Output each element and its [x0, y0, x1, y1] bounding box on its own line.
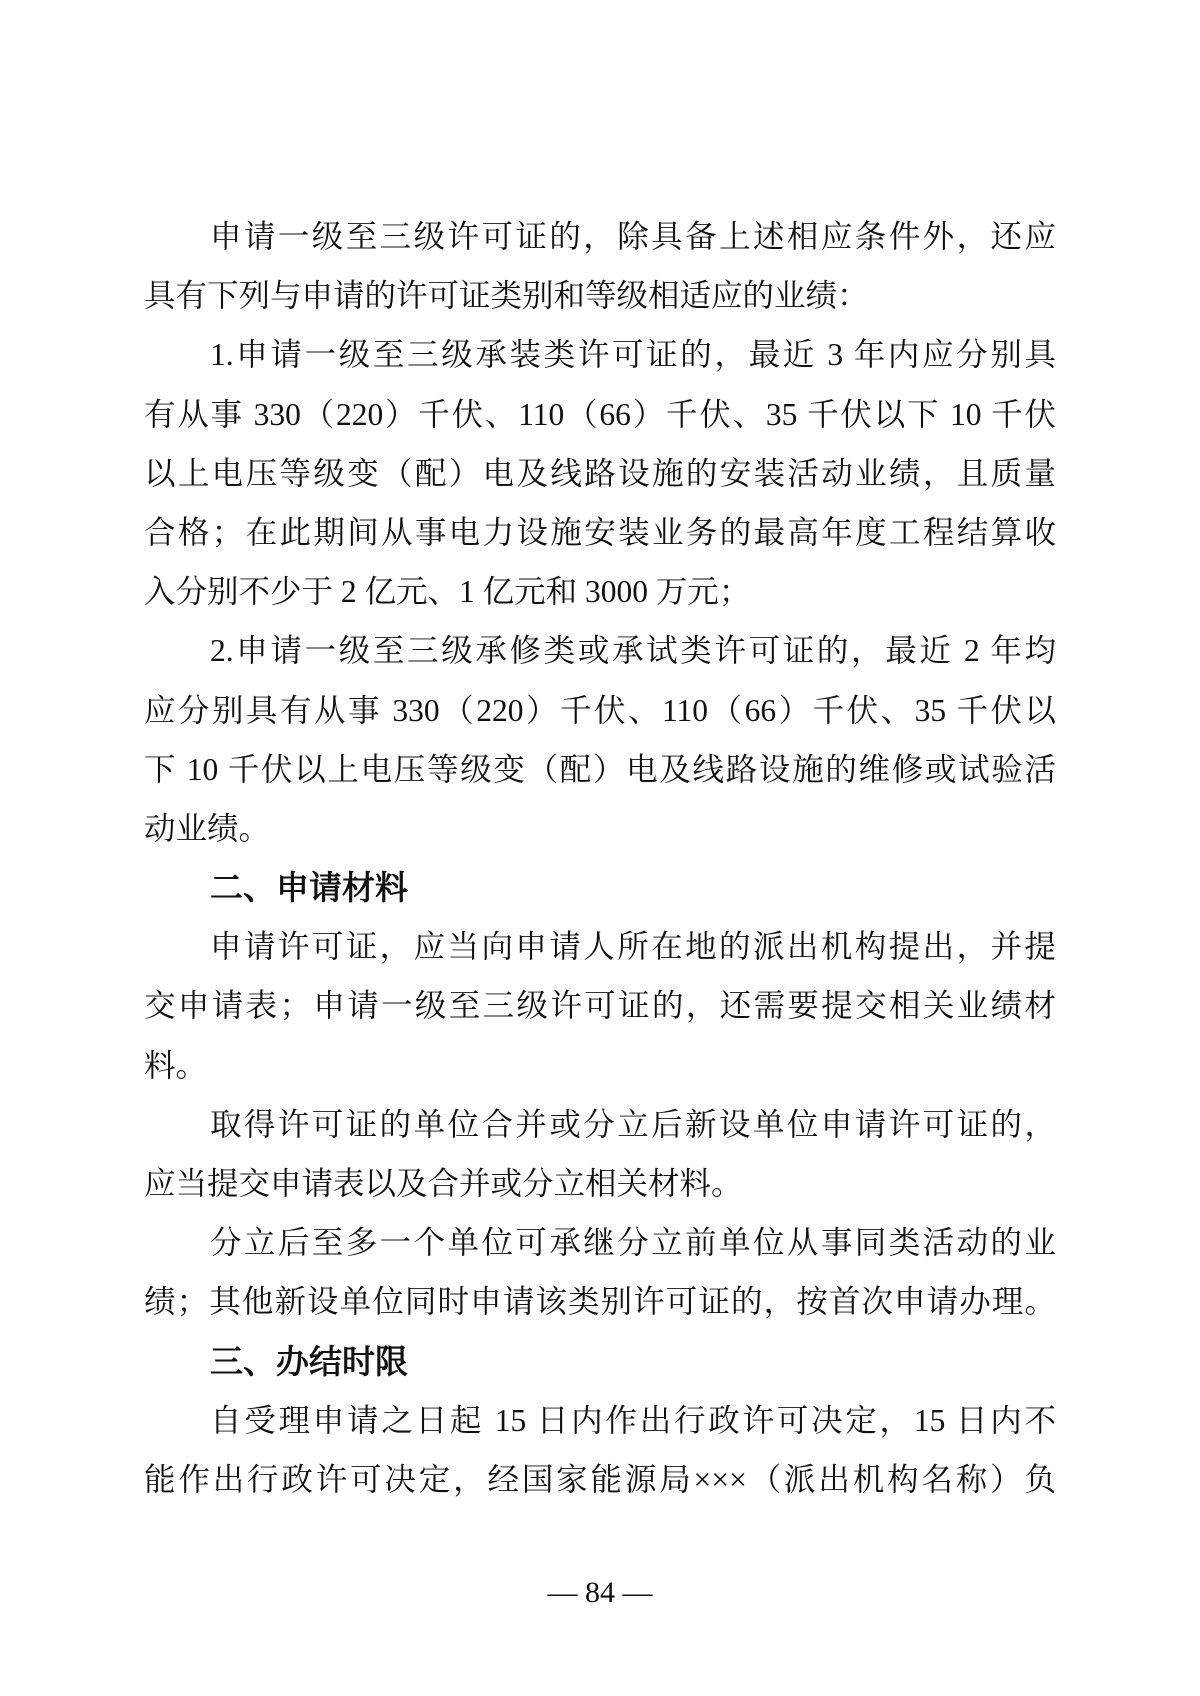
text-line: 2.申请一级至三级承修类或承试类许可证的，最近 2 年均	[144, 621, 1056, 680]
text-line: 下 10 千伏以上电压等级变（配）电及线路设施的维修或试验活	[144, 740, 1056, 799]
text-line: 具有下列与申请的许可证类别和等级相适应的业绩：	[144, 266, 1056, 325]
text-line: 料。	[144, 1036, 1056, 1095]
text-line: 申请一级至三级许可证的，除具备上述相应条件外，还应	[144, 207, 1056, 266]
text-line: 交申请表；申请一级至三级许可证的，还需要提交相关业绩材	[144, 976, 1056, 1035]
text-line: 分立后至多一个单位可承继分立前单位从事同类活动的业	[144, 1213, 1056, 1272]
page-footer: — 84 —	[0, 1563, 1200, 1623]
text-line: 能作出行政许可决定，经国家能源局×××（派出机构名称）负	[144, 1450, 1056, 1509]
text-line: 三、办结时限	[144, 1332, 1056, 1391]
text-line: 应分别具有从事 330（220）千伏、110（66）千伏、35 千伏以	[144, 681, 1056, 740]
text-line: 合格；在此期间从事电力设施安装业务的最高年度工程结算收	[144, 503, 1056, 562]
text-line: 二、申请材料	[144, 858, 1056, 917]
text-line: 以上电压等级变（配）电及线路设施的安装活动业绩，且质量	[144, 444, 1056, 503]
text-line: 绩；其他新设单位同时申请该类别许可证的，按首次申请办理。	[144, 1272, 1056, 1331]
document-page: 申请一级至三级许可证的，除具备上述相应条件外，还应具有下列与申请的许可证类别和等…	[0, 0, 1200, 1696]
text-line: 取得许可证的单位合并或分立后新设单位申请许可证的，	[144, 1095, 1056, 1154]
text-line: 有从事 330（220）千伏、110（66）千伏、35 千伏以下 10 千伏	[144, 385, 1056, 444]
text-line: 申请许可证，应当向申请人所在地的派出机构提出，并提	[144, 917, 1056, 976]
page-number: — 84 —	[548, 1576, 653, 1609]
document-body: 申请一级至三级许可证的，除具备上述相应条件外，还应具有下列与申请的许可证类别和等…	[144, 207, 1056, 1509]
text-line: 自受理申请之日起 15 日内作出行政许可决定，15 日内不	[144, 1391, 1056, 1450]
text-line: 动业绩。	[144, 799, 1056, 858]
text-line: 入分别不少于 2 亿元、1 亿元和 3000 万元；	[144, 562, 1056, 621]
text-line: 1.申请一级至三级承装类许可证的，最近 3 年内应分别具	[144, 325, 1056, 384]
text-line: 应当提交申请表以及合并或分立相关材料。	[144, 1154, 1056, 1213]
